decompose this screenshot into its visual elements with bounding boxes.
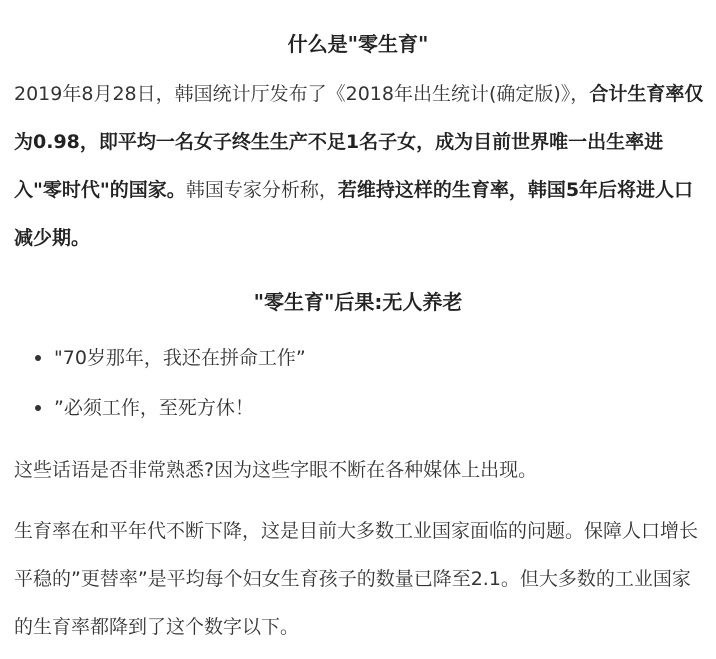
list-item: ”必须工作，至死方休！: [14, 383, 704, 433]
list-item: "70岁那年，我还在拼命工作”: [14, 333, 704, 383]
intro-text: 2019年8月28日，韩国统计厅发布了《2018年出生统计(确定版)》，: [14, 83, 589, 105]
section-heading-consequence: "零生育"后果:无人养老: [0, 286, 716, 315]
article: 什么是"零生育" 2019年8月28日，韩国统计厅发布了《2018年出生统计(确…: [0, 0, 716, 659]
quote-list: "70岁那年，我还在拼命工作” ”必须工作，至死方休！: [14, 333, 704, 433]
bullet-icon: [35, 355, 41, 361]
intro-paragraph: 2019年8月28日，韩国统计厅发布了《2018年出生统计(确定版)》，合计生育…: [14, 70, 704, 262]
bullet-icon: [35, 405, 41, 411]
familiar-paragraph: 这些话语是否非常熟悉?因为这些字眼不断在各种媒体上出现。: [14, 446, 704, 494]
expert-text: 韩国专家分析称，: [186, 179, 338, 201]
section-heading-zero-birth: 什么是"零生育": [0, 28, 716, 57]
list-item-text: ”必须工作，至死方休！: [54, 397, 254, 419]
list-item-text: "70岁那年，我还在拼命工作”: [54, 347, 306, 369]
fertility-paragraph: 生育率在和平年代不断下降，这是目前大多数工业国家面临的问题。保障人口增长平稳的”…: [14, 507, 704, 651]
